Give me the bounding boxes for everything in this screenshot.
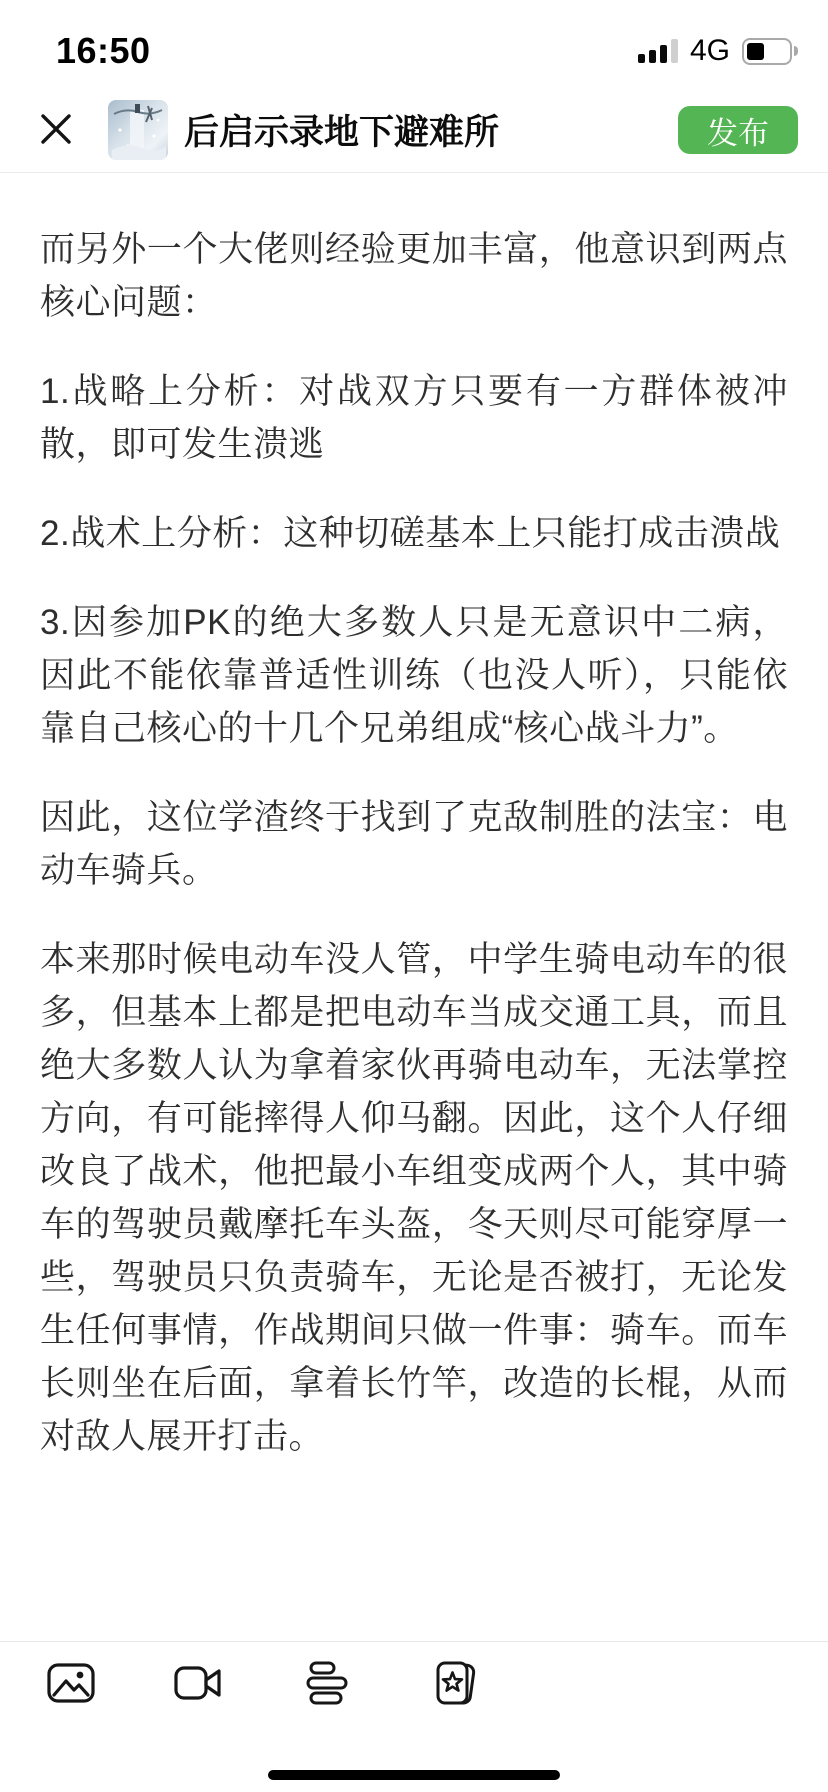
video-icon: [174, 1664, 224, 1702]
insert-photo-button[interactable]: [46, 1658, 96, 1708]
insert-video-button[interactable]: [174, 1658, 224, 1708]
paragraph: 2.战术上分析：这种切磋基本上只能打成击溃战: [40, 507, 788, 560]
home-indicator[interactable]: [268, 1770, 560, 1780]
format-blocks-button[interactable]: [302, 1658, 352, 1708]
card-star-icon: [432, 1660, 478, 1706]
clock-time: 16:50: [56, 30, 151, 72]
cover-thumbnail[interactable]: [108, 100, 168, 160]
paragraph: 而另外一个大佬则经验更加丰富，他意识到两点核心问题：: [40, 223, 788, 329]
insert-card-button[interactable]: [430, 1658, 480, 1708]
publish-button[interactable]: 发布: [678, 106, 798, 154]
format-blocks-icon: [306, 1661, 348, 1705]
editor-toolbar: [0, 1641, 828, 1792]
paragraph: 3.因参加PK的绝大多数人只是无意识中二病，因此不能依靠普适性训练（也没人听），…: [40, 596, 788, 755]
status-bar: 16:50 4G: [0, 0, 828, 88]
editor-content[interactable]: 而另外一个大佬则经验更加丰富，他意识到两点核心问题： 1.战略上分析：对战双方只…: [0, 173, 828, 1463]
page-title: 后启示录地下避难所: [184, 105, 499, 155]
paragraph: 本来那时候电动车没人管，中学生骑电动车的很多，但基本上都是把电动车当成交通工具，…: [40, 933, 788, 1463]
photo-icon: [47, 1663, 95, 1703]
battery-icon: [742, 38, 798, 65]
paragraph: 1.战略上分析：对战双方只要有一方群体被冲散，即可发生溃逃: [40, 365, 788, 471]
paragraph: 因此，这位学渣终于找到了克敌制胜的法宝：电动车骑兵。: [40, 791, 788, 897]
toolbar-icons: [0, 1642, 828, 1708]
network-type-label: 4G: [690, 34, 730, 68]
close-button[interactable]: [38, 108, 82, 152]
cellular-signal-icon: [638, 39, 678, 63]
status-bar-right: 4G: [638, 34, 798, 68]
editor-header: 后启示录地下避难所 发布: [0, 88, 828, 173]
battery-fill: [747, 43, 764, 60]
close-icon: [38, 111, 74, 150]
